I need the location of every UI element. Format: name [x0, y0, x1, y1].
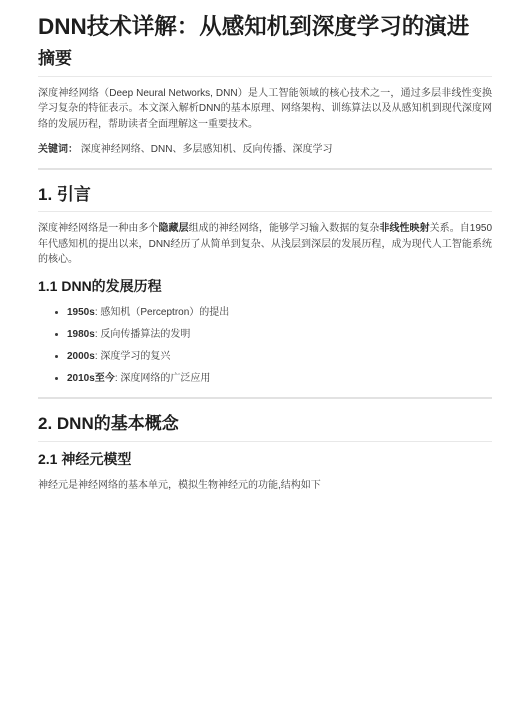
- list-item: 2010s至今: 深度网络的广泛应用: [67, 371, 492, 387]
- neuron-heading: 2.1 神经元模型: [38, 451, 492, 469]
- list-item: 1950s: 感知机（Perceptron）的提出: [67, 305, 492, 321]
- text-segment: 深度神经网络是一种由多个: [38, 223, 159, 234]
- list-item-label: 1980s: [67, 329, 95, 340]
- intro-paragraph: 深度神经网络是一种由多个隐藏层组成的神经网络，能够学习输入数据的复杂非线性映射关…: [38, 221, 492, 268]
- list-item: 1980s: 反向传播算法的发明: [67, 327, 492, 343]
- intro-heading: 1. 引言: [38, 185, 492, 213]
- neuron-paragraph: 神经元是神经网络的基本单元，模拟生物神经元的功能,结构如下: [38, 478, 492, 494]
- keywords-text: 深度神经网络、DNN、多层感知机、反向传播、深度学习: [81, 144, 333, 155]
- list-item-label: 2010s至今: [67, 373, 115, 384]
- bold-term-hidden-layer: 隐藏层: [159, 223, 189, 234]
- document-page: DNN技术详解：从感知机到深度学习的演进 摘要 深度神经网络（Deep Neur…: [0, 0, 532, 494]
- text-segment: 组成的神经网络，能够学习输入数据的复杂: [189, 223, 380, 234]
- list-item: 2000s: 深度学习的复兴: [67, 349, 492, 365]
- abstract-heading: 摘要: [38, 49, 492, 77]
- concepts-heading: 2. DNN的基本概念: [38, 414, 492, 442]
- history-list: 1950s: 感知机（Perceptron）的提出 1980s: 反向传播算法的…: [38, 305, 492, 387]
- list-item-label: 1950s: [67, 307, 95, 318]
- document-title: DNN技术详解：从感知机到深度学习的演进: [38, 13, 492, 40]
- list-item-label: 2000s: [67, 351, 95, 362]
- history-heading: 1.1 DNN的发展历程: [38, 278, 492, 296]
- section-divider: [38, 168, 492, 170]
- abstract-paragraph: 深度神经网络（Deep Neural Networks, DNN）是人工智能领域…: [38, 86, 492, 133]
- keywords-line: 关键词： 深度神经网络、DNN、多层感知机、反向传播、深度学习: [38, 142, 492, 158]
- list-item-text: : 深度网络的广泛应用: [115, 373, 211, 384]
- bold-term-nonlinear-mapping: 非线性映射: [379, 223, 429, 234]
- section-divider: [38, 397, 492, 399]
- list-item-text: : 深度学习的复兴: [95, 351, 171, 362]
- list-item-text: : 反向传播算法的发明: [95, 329, 191, 340]
- keywords-label: 关键词：: [38, 144, 78, 155]
- list-item-text: : 感知机（Perceptron）的提出: [95, 307, 229, 318]
